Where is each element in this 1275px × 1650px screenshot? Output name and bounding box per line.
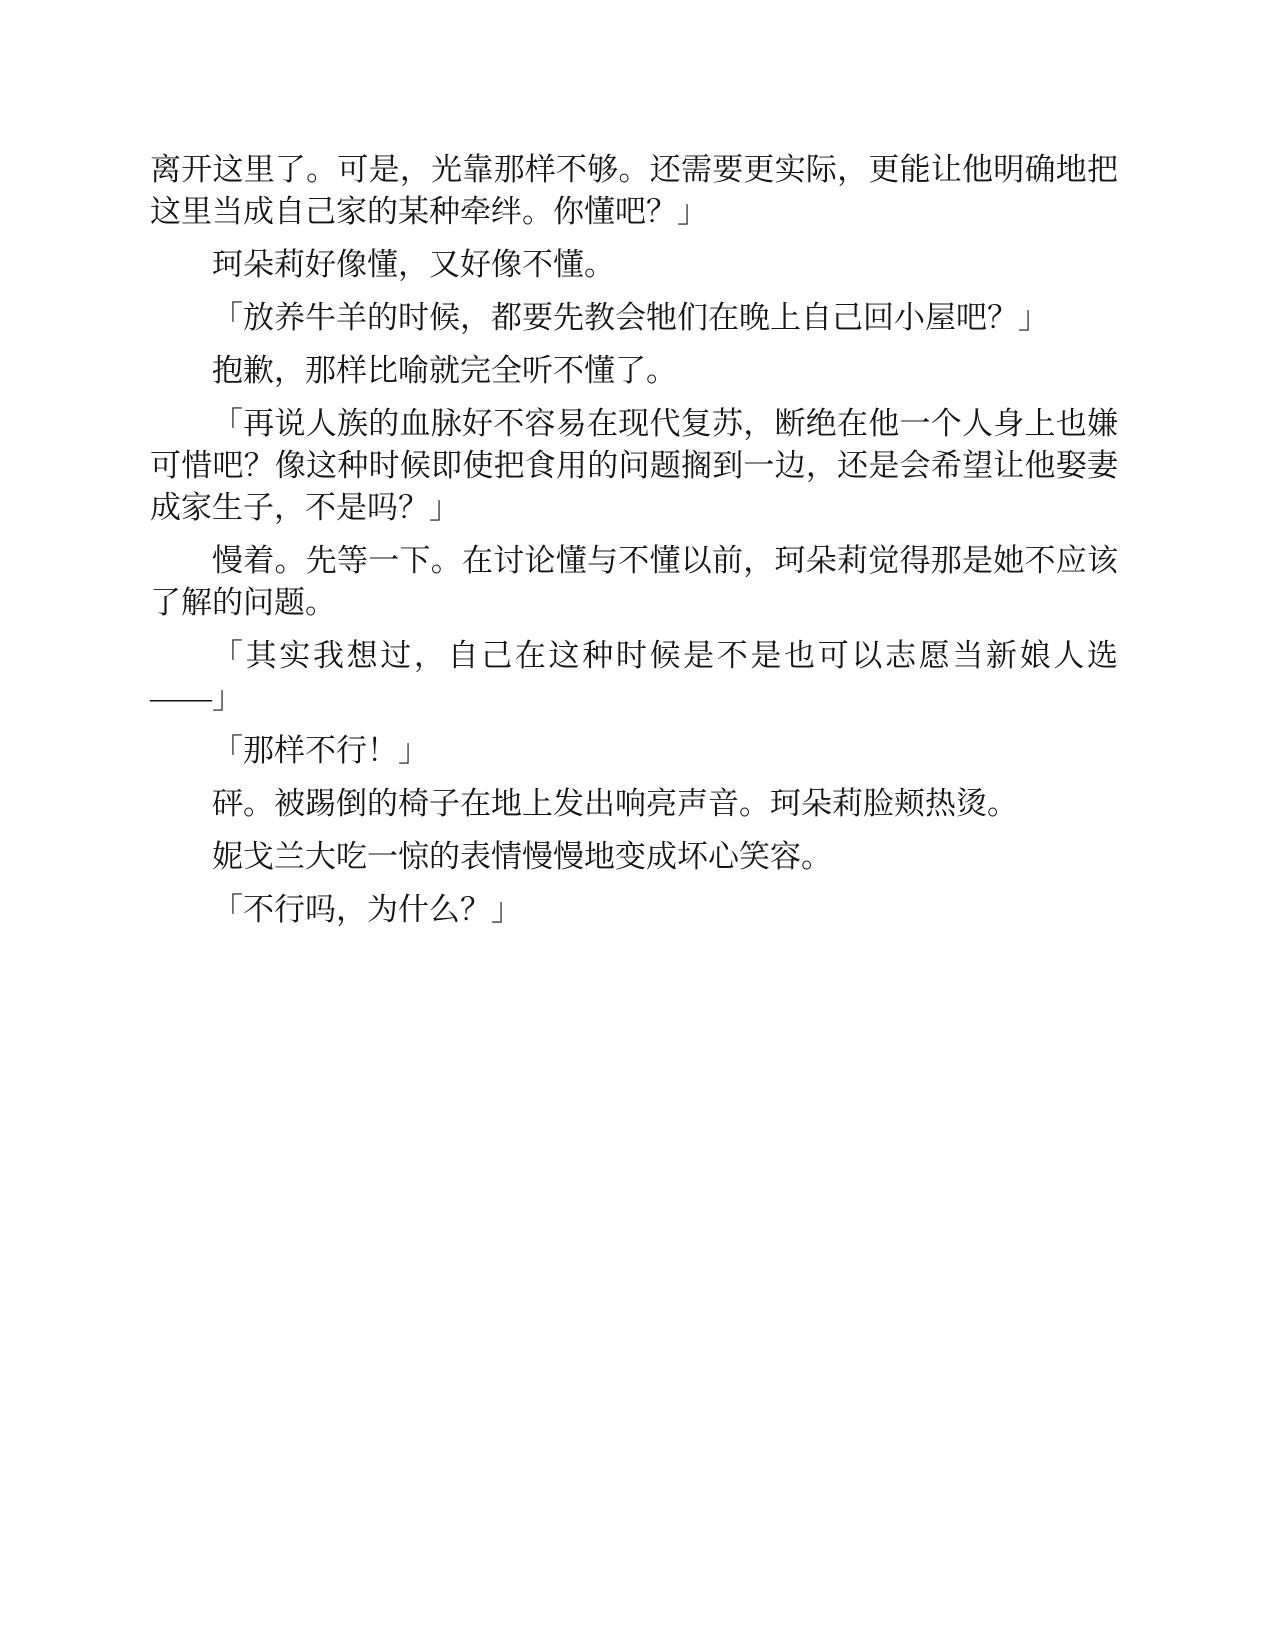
paragraph-dialogue: 「不行吗，为什么？」 <box>150 889 1118 931</box>
paragraph-dialogue: 「其实我想过，自己在这种时候是不是也可以志愿当新娘人选——」 <box>150 635 1118 719</box>
paragraph: 慢着。先等一下。在讨论懂与不懂以前，珂朵莉觉得那是她不应该了解的问题。 <box>150 540 1118 624</box>
paragraph: 抱歉，那样比喻就完全听不懂了。 <box>150 350 1118 392</box>
paragraph-dialogue: 「那样不行！」 <box>150 730 1118 772</box>
paragraph-dialogue: 「再说人族的血脉好不容易在现代复苏，断绝在他一个人身上也嫌可惜吧？像这种时候即使… <box>150 403 1118 529</box>
paragraph: 妮戈兰大吃一惊的表情慢慢地变成坏心笑容。 <box>150 836 1118 878</box>
text-content: 离开这里了。可是，光靠那样不够。还需要更实际，更能让他明确地把这里当成自己家的某… <box>150 149 1118 931</box>
novel-page: 离开这里了。可是，光靠那样不够。还需要更实际，更能让他明确地把这里当成自己家的某… <box>0 0 1275 1650</box>
paragraph-dialogue: 「放养牛羊的时候，都要先教会牠们在晚上自己回小屋吧？」 <box>150 297 1118 339</box>
paragraph: 砰。被踢倒的椅子在地上发出响亮声音。珂朵莉脸颊热烫。 <box>150 783 1118 825</box>
paragraph: 珂朵莉好像懂，又好像不懂。 <box>150 244 1118 286</box>
paragraph-continuation: 离开这里了。可是，光靠那样不够。还需要更实际，更能让他明确地把这里当成自己家的某… <box>150 149 1118 233</box>
